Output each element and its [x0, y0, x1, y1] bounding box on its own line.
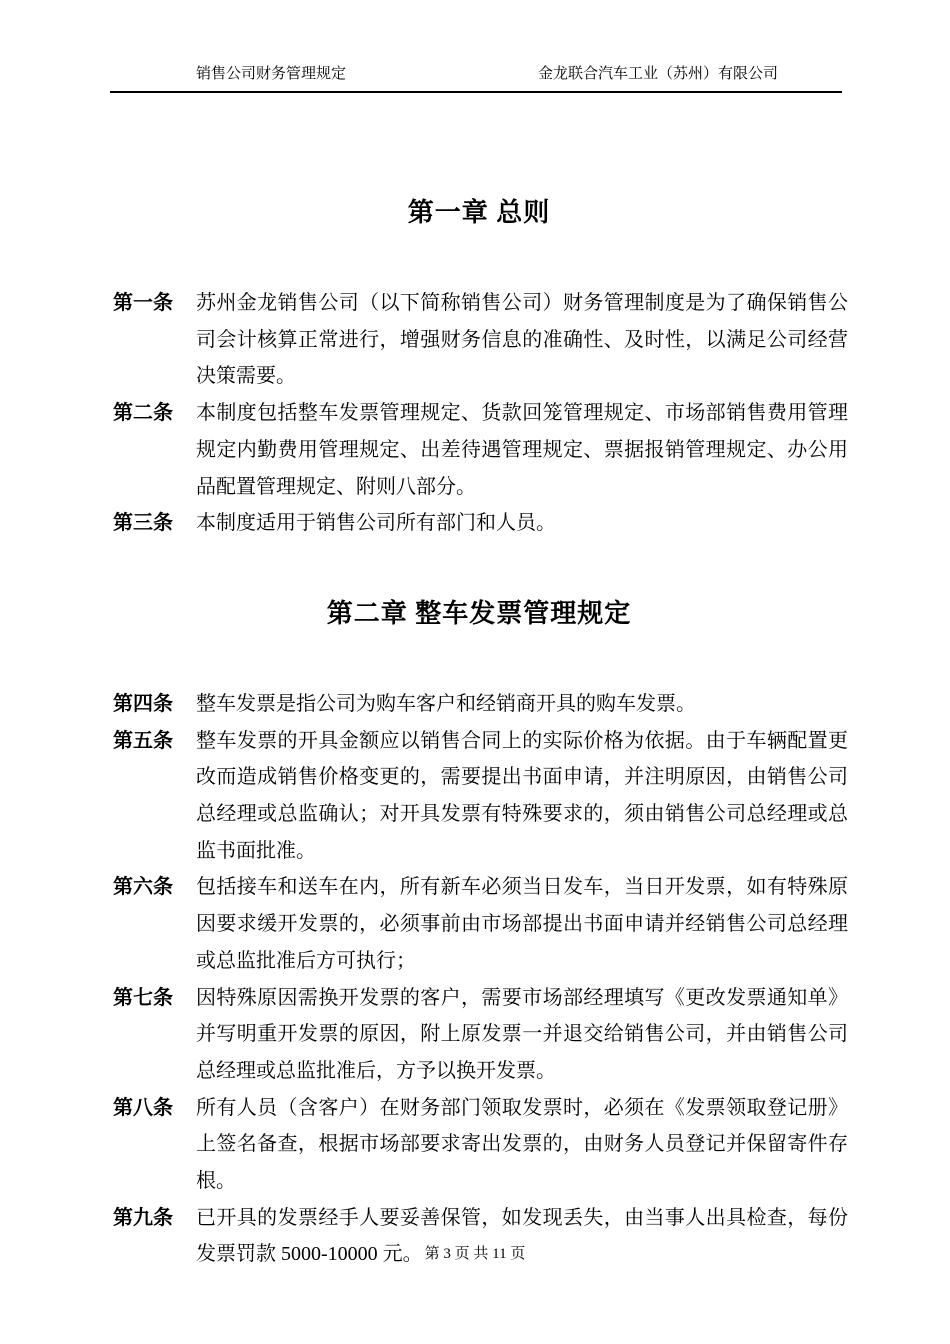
- article: 第五条整车发票的开具金额应以销售合同上的实际价格为依据。由于车辆配置更改而造成销…: [113, 723, 845, 870]
- page-header: 销售公司财务管理规定 金龙联合汽车工业（苏州）有限公司: [110, 64, 842, 93]
- article-text: 整车发票的开具金额应以销售合同上的实际价格为依据。由于车辆配置更改而造成销售价格…: [196, 723, 848, 870]
- document-page: 销售公司财务管理规定 金龙联合汽车工业（苏州）有限公司 第一章 总则第一条苏州金…: [0, 0, 950, 1344]
- header-document-title: 销售公司财务管理规定: [196, 64, 346, 84]
- article-text: 所有人员（含客户）在财务部门领取发票时，必须在《发票领取登记册》上签名备查，根据…: [196, 1090, 848, 1200]
- article-label: 第二条: [113, 395, 173, 432]
- header-company-name: 金龙联合汽车工业（苏州）有限公司: [538, 64, 778, 84]
- article: 第八条所有人员（含客户）在财务部门领取发票时，必须在《发票领取登记册》上签名备查…: [113, 1090, 845, 1200]
- document-body: 第一章 总则第一条苏州金龙销售公司（以下简称销售公司）财务管理制度是为了确保销售…: [113, 195, 845, 1273]
- page-number-indicator: 第 3 页 共 11 页: [425, 1246, 526, 1262]
- articles-group: 第一条苏州金龙销售公司（以下简称销售公司）财务管理制度是为了确保销售公司会计核算…: [113, 285, 845, 542]
- page-footer: 第 3 页 共 11 页: [0, 1244, 950, 1264]
- articles-group: 第四条整车发票是指公司为购车客户和经销商开具的购车发票。第五条整车发票的开具金额…: [113, 686, 845, 1273]
- article-label: 第九条: [113, 1200, 173, 1237]
- article-text: 本制度适用于销售公司所有部门和人员。: [196, 505, 848, 542]
- article-text: 因特殊原因需换开发票的客户，需要市场部经理填写《更改发票通知单》并写明重开发票的…: [196, 980, 848, 1090]
- article: 第六条包括接车和送车在内，所有新车必须当日发车，当日开发票，如有特殊原因要求缓开…: [113, 869, 845, 979]
- article: 第七条因特殊原因需换开发票的客户，需要市场部经理填写《更改发票通知单》并写明重开…: [113, 980, 845, 1090]
- article: 第三条本制度适用于销售公司所有部门和人员。: [113, 505, 845, 542]
- article-text: 苏州金龙销售公司（以下简称销售公司）财务管理制度是为了确保销售公司会计核算正常进…: [196, 285, 848, 395]
- article-label: 第一条: [113, 285, 173, 322]
- article-text: 包括接车和送车在内，所有新车必须当日发车，当日开发票，如有特殊原因要求缓开发票的…: [196, 869, 848, 979]
- article: 第二条本制度包括整车发票管理规定、货款回笼管理规定、市场部销售费用管理规定内勤费…: [113, 395, 845, 505]
- article-label: 第八条: [113, 1090, 173, 1127]
- article: 第一条苏州金龙销售公司（以下简称销售公司）财务管理制度是为了确保销售公司会计核算…: [113, 285, 845, 395]
- article-label: 第五条: [113, 723, 173, 760]
- article-label: 第四条: [113, 686, 173, 723]
- chapter-title: 第一章 总则: [113, 195, 845, 231]
- article: 第四条整车发票是指公司为购车客户和经销商开具的购车发票。: [113, 686, 845, 723]
- article-text: 本制度包括整车发票管理规定、货款回笼管理规定、市场部销售费用管理规定内勤费用管理…: [196, 395, 848, 505]
- article-label: 第七条: [113, 980, 173, 1017]
- article-text: 整车发票是指公司为购车客户和经销商开具的购车发票。: [196, 686, 848, 723]
- chapter-title: 第二章 整车发票管理规定: [113, 596, 845, 632]
- article-label: 第六条: [113, 869, 173, 906]
- article-label: 第三条: [113, 505, 173, 542]
